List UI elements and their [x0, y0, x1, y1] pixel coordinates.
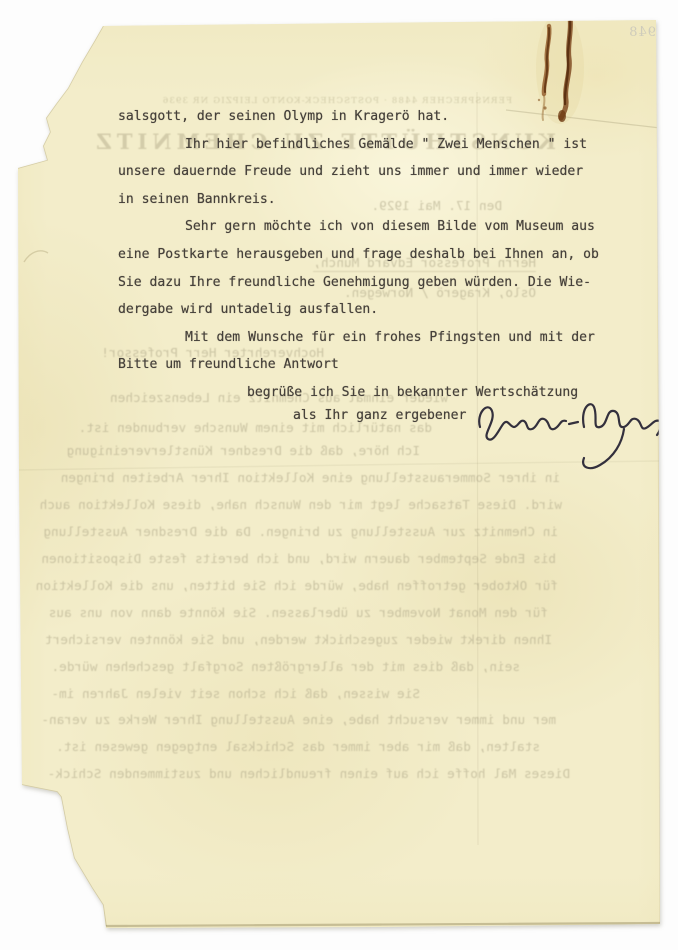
bleedthrough-line: wird. Diese Tatsache legt mir den Wunsch… — [40, 497, 562, 512]
typed-line: salsgott, der seinen Olymp in Kragerö ha… — [118, 109, 449, 124]
typed-line: Bitte um freundliche Antwort — [118, 357, 339, 372]
typed-line: Ihr hier befindliches Gemälde " Zwei Men… — [185, 137, 587, 152]
bleedthrough-line: in Chemnitz zur Ausstellung zu bringen. … — [43, 524, 558, 539]
bleedthrough-line: für den Monat November zu überlassen. Si… — [49, 605, 548, 620]
typed-line: in seinen Bannkreis. — [118, 192, 276, 207]
bleedthrough-line: mer und immer versucht habe, eine Ausste… — [41, 712, 556, 727]
typed-line: dergabe wird untadelig ausfallen. — [118, 302, 378, 317]
letter-paper-wrap: FERNSPRECHER 4488 · POSTSCHECK-KONTO LEI… — [0, 0, 678, 950]
bleedthrough-line: Sie wissen, daß ich schon seit vielen Ja… — [51, 686, 420, 701]
bleedthrough-line: FERNSPRECHER 4488 · POSTSCHECK-KONTO LEI… — [162, 96, 512, 106]
bleedthrough-line: in ihrer Sommerausstellung eine Kollekti… — [61, 470, 560, 485]
bleedthrough-line: sein, daß dies mit der allergrößten Sorg… — [51, 659, 520, 674]
typed-line: Sehr gern möchte ich von diesem Bilde vo… — [185, 219, 595, 234]
bleedthrough-line: Den 17. Mai 1929. — [371, 198, 502, 213]
typed-line: Mit dem Wunsche für ein frohes Pfingsten… — [185, 330, 595, 345]
typed-line: unsere dauernde Freude und zieht uns imm… — [118, 164, 583, 179]
typed-line: als Ihr ganz ergebener — [293, 408, 466, 423]
letter-paper: FERNSPRECHER 4488 · POSTSCHECK-KONTO LEI… — [0, 0, 678, 950]
typed-line: eine Postkarte herausgeben und frage des… — [118, 247, 599, 262]
typed-line: Sie dazu Ihre freundliche Genehmigung ge… — [118, 275, 591, 290]
typed-line: begrüße ich Sie in bekannter Wertschätzu… — [247, 385, 578, 400]
inventory-number: K3948 — [628, 25, 676, 41]
bleedthrough-line: Ich höre, daß die Dresdner Künstlerverei… — [67, 443, 420, 458]
bleedthrough-line: Ihnen direkt wieder zugeschickt werden, … — [45, 632, 552, 647]
scan-background: FERNSPRECHER 4488 · POSTSCHECK-KONTO LEI… — [0, 0, 678, 950]
bleedthrough-line: bis Ende September dauern wird, und ich … — [41, 551, 556, 566]
bleedthrough-line: stalten, daß mir aber immer das Schicksa… — [56, 739, 540, 754]
bleedthrough-line: Dieses Mal hoffe ich auf einen freundlic… — [48, 766, 570, 781]
bleedthrough-line: für Oktober getroffen habe, würde ich Si… — [36, 578, 558, 593]
